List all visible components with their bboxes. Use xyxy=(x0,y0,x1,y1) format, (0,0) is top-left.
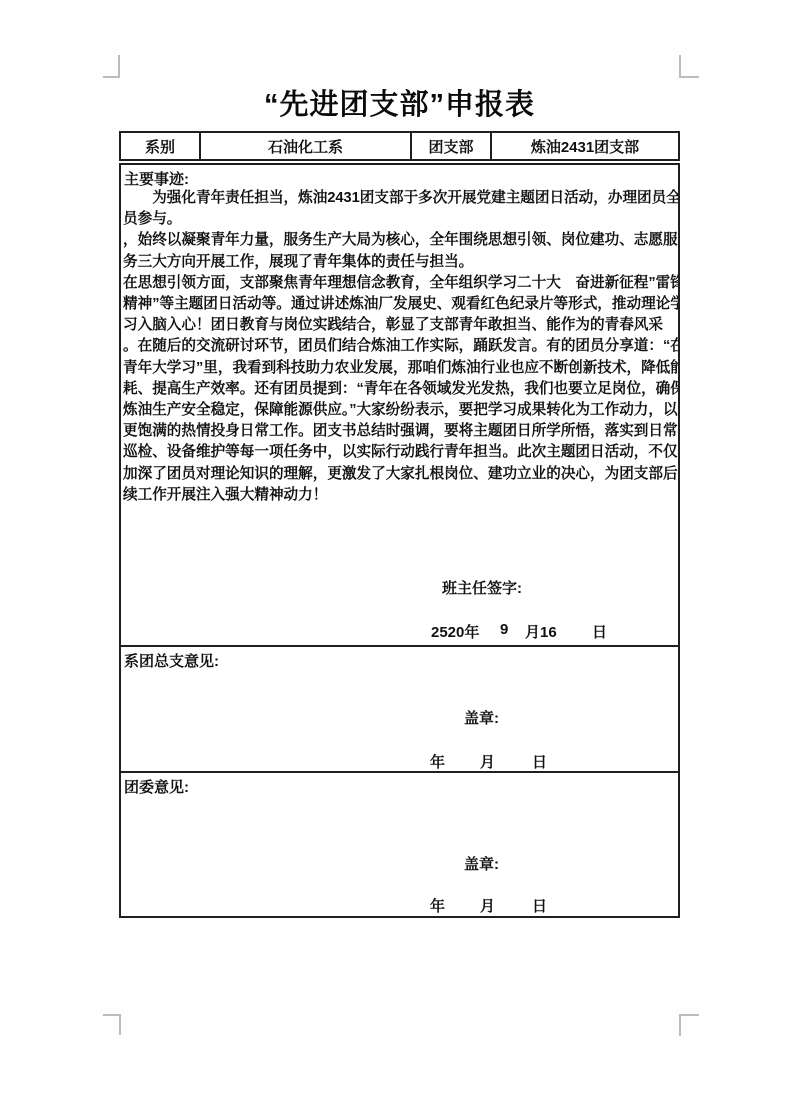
corner-mark-top-left xyxy=(103,55,120,78)
corner-mark-bottom-right xyxy=(679,1014,699,1036)
header-table: 系别 石油化工系 团支部 炼油2431团支部 xyxy=(119,131,680,161)
branch-label-cell: 团支部 xyxy=(412,133,492,159)
committee-opinion-label: 团委意见: xyxy=(124,776,189,797)
signature-date-year: 2520年 xyxy=(431,621,479,642)
committee-opinion-section: 团委意见: 盖章: 年 月 日 xyxy=(121,771,678,916)
signature-date-day-value: 月16 xyxy=(525,621,557,642)
teacher-signature-label: 班主任签字: xyxy=(442,577,522,598)
committee-date-month-label: 月 xyxy=(480,895,495,916)
branch-value-cell: 炼油2431团支部 xyxy=(492,133,678,159)
dept-date-year-label: 年 xyxy=(430,751,445,772)
dept-league-opinion-label: 系团总支意见: xyxy=(124,650,219,671)
form-page: “先进团支部”申报表 系别 石油化工系 团支部 炼油2431团支部 主要事迹: … xyxy=(0,0,799,1094)
dept-seal-label: 盖章: xyxy=(464,707,499,728)
main-deeds-body: 为强化青年责任担当，炼油2431团支部于多次开展党建主题团日活动，办理团员全 员… xyxy=(123,188,678,506)
committee-date-year-label: 年 xyxy=(430,895,445,916)
committee-date-day-label: 日 xyxy=(532,895,547,916)
dept-date-month-label: 月 xyxy=(480,751,495,772)
dept-label-cell: 系别 xyxy=(121,133,201,159)
dept-value-cell: 石油化工系 xyxy=(201,133,412,159)
main-table: 主要事迹: 为强化青年责任担当，炼油2431团支部于多次开展党建主题团日活动，办… xyxy=(119,163,680,918)
main-deeds-label: 主要事迹: xyxy=(124,168,189,189)
corner-mark-top-right xyxy=(679,55,699,78)
dept-date-day-label: 日 xyxy=(532,751,547,772)
signature-date-month-value: 9 xyxy=(500,621,508,638)
corner-mark-bottom-left xyxy=(103,1014,121,1035)
dept-league-opinion-section: 系团总支意见: 盖章: 年 月 日 xyxy=(121,645,678,771)
signature-date-day-label: 日 xyxy=(592,621,607,642)
main-deeds-section: 主要事迹: 为强化青年责任担当，炼油2431团支部于多次开展党建主题团日活动，办… xyxy=(121,165,678,645)
committee-seal-label: 盖章: xyxy=(464,853,499,874)
page-title: “先进团支部”申报表 xyxy=(0,82,799,123)
